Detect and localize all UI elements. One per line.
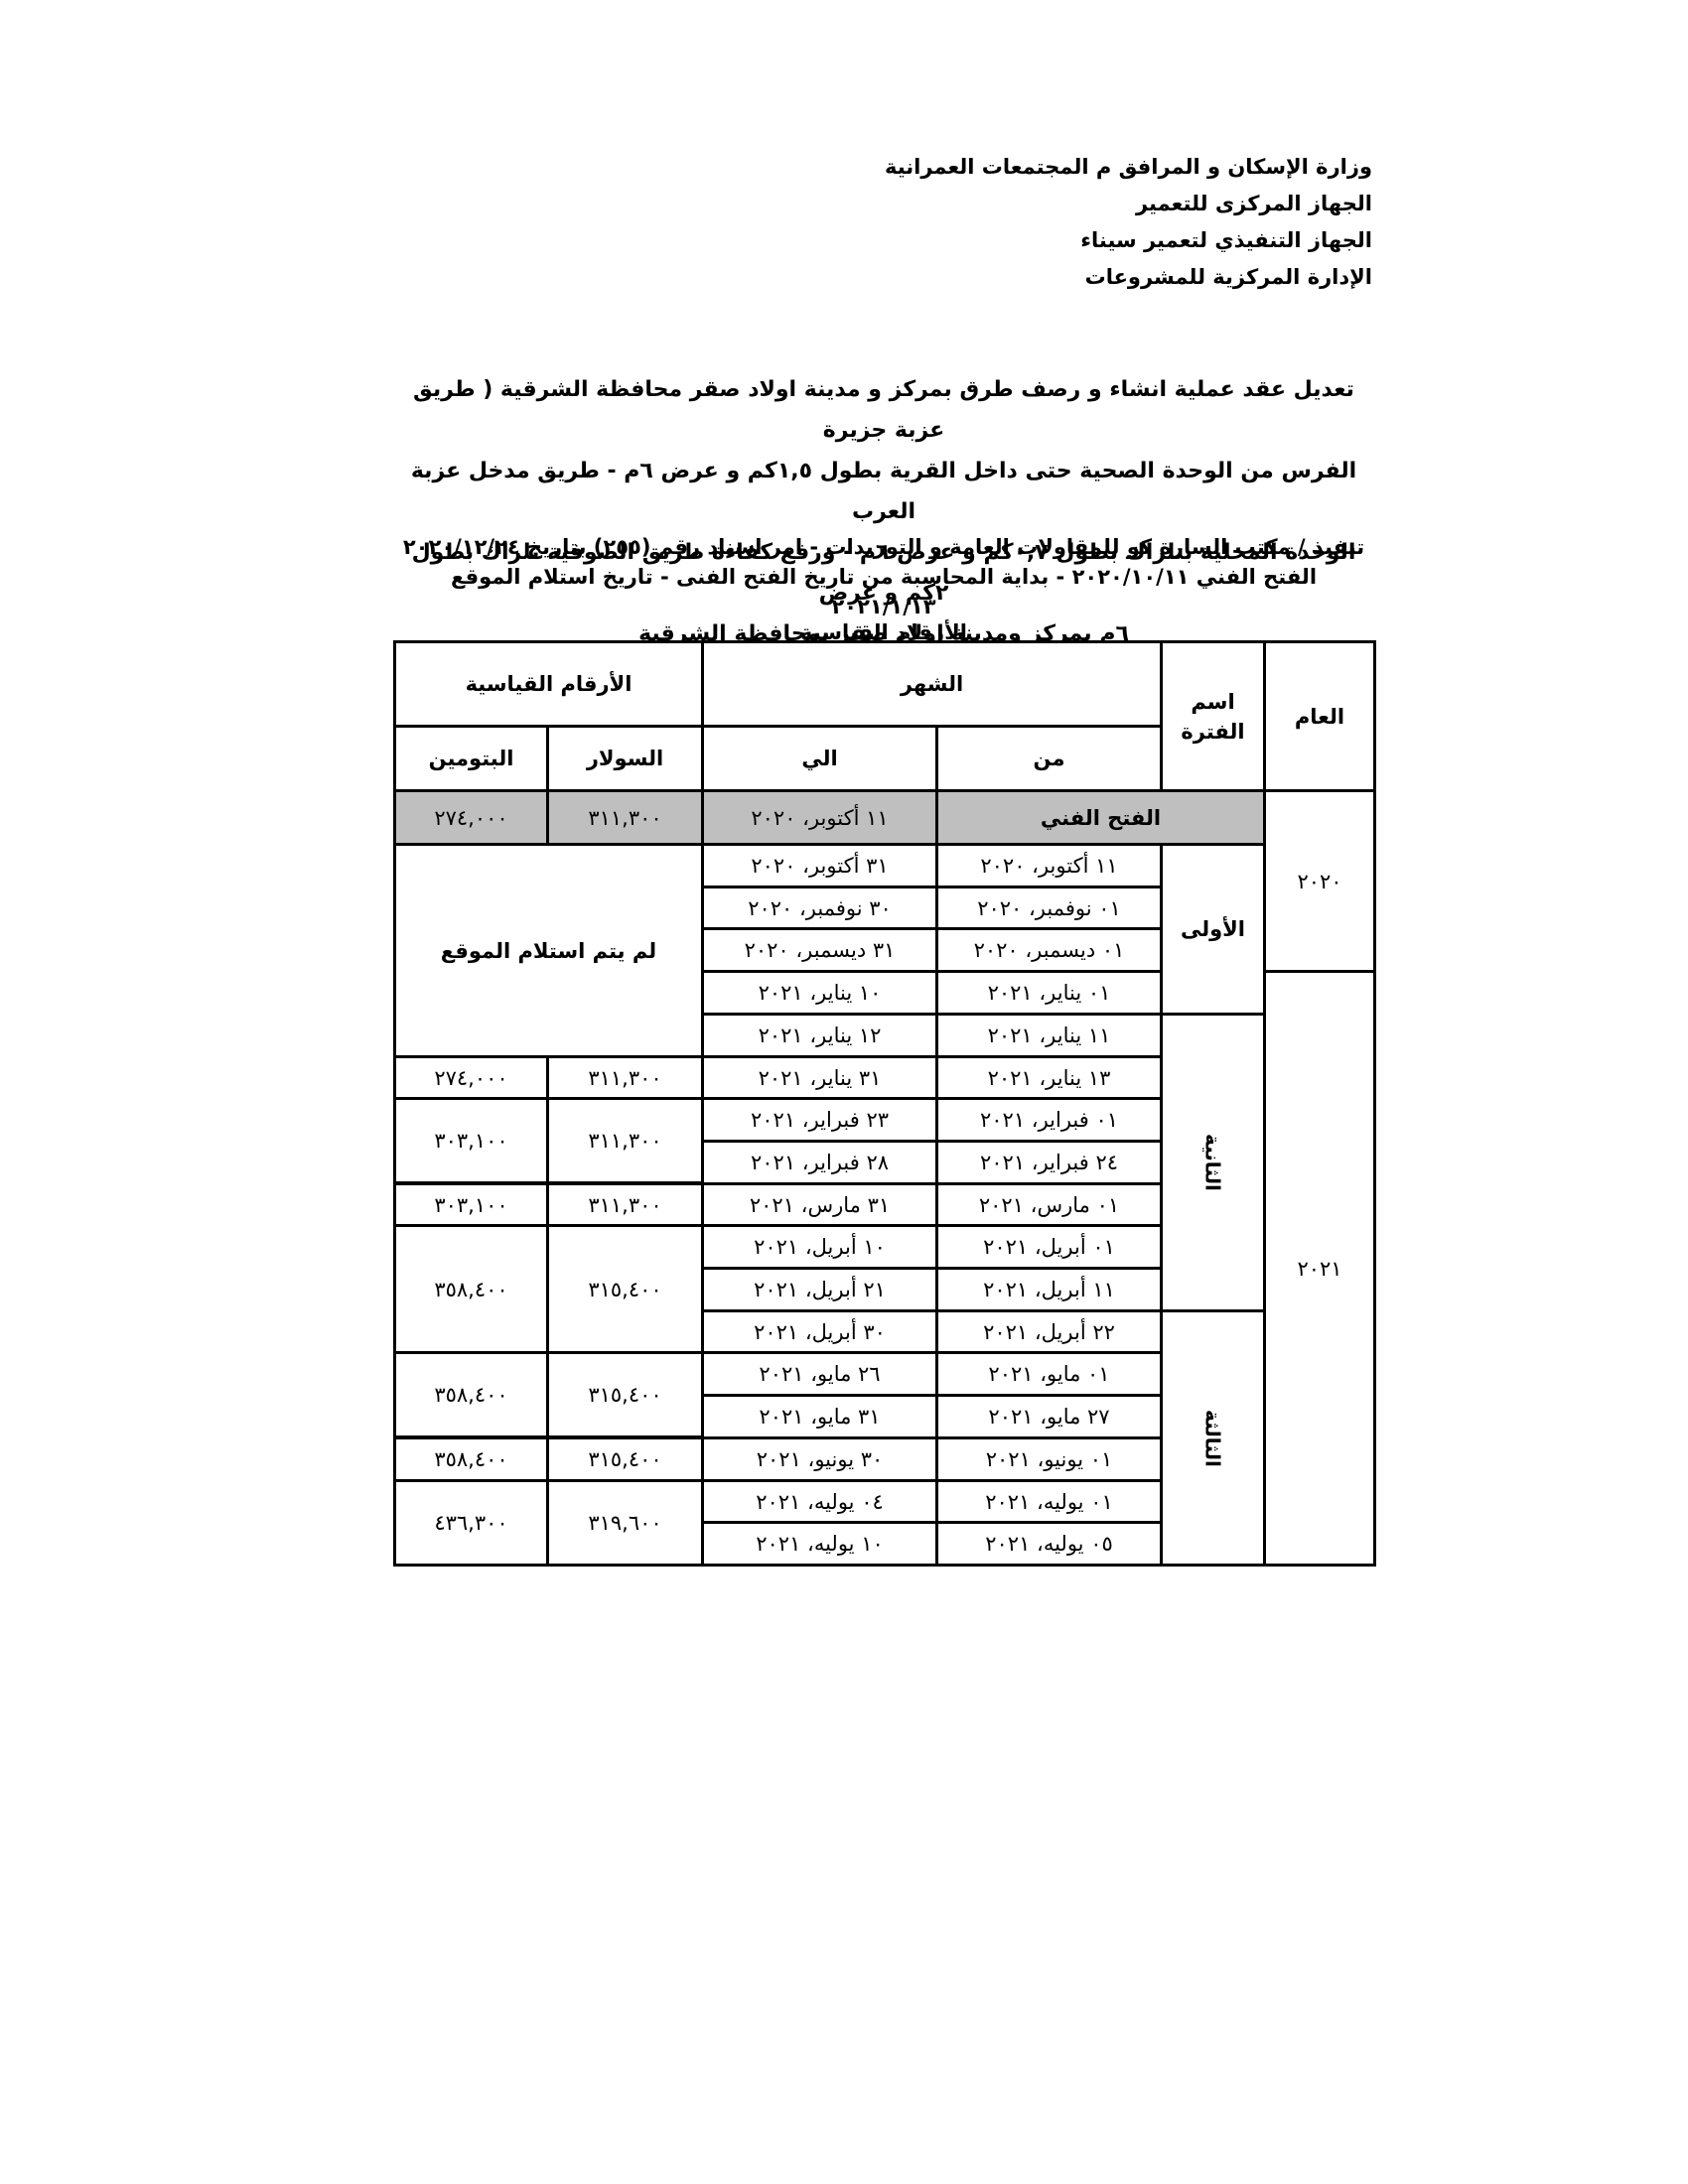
header-year-label: العام bbox=[1295, 705, 1344, 729]
opening-row-to: ١١ أكتوبر، ٢٠٢٠ bbox=[701, 789, 938, 846]
bitumen-index-value: ٢٧٤,٠٠٠ bbox=[393, 1055, 549, 1101]
header-from: من bbox=[935, 725, 1163, 792]
row-to-date: ١٠ يناير، ٢٠٢١ bbox=[701, 970, 938, 1016]
bitumen-index-value: ٣٥٨,٤٠٠ bbox=[393, 1436, 549, 1482]
header-diesel: السولار bbox=[546, 725, 704, 792]
row-from-date-text: ٠١ فبراير، ٢٠٢١ bbox=[980, 1108, 1118, 1132]
row-to-date-text: ٣٠ أبريل، ٢٠٢١ bbox=[754, 1320, 886, 1344]
year-cell: ٢٠٢٠ bbox=[1263, 789, 1376, 973]
bitumen-index-value-text: ٣٥٨,٤٠٠ bbox=[434, 1383, 507, 1407]
diesel-index-value-text: ٣١١,٣٠٠ bbox=[588, 1193, 661, 1217]
bitumen-index-value: ٤٣٦,٣٠٠ bbox=[393, 1479, 549, 1567]
bitumen-index-value-text: ٢٧٤,٠٠٠ bbox=[434, 1066, 507, 1090]
row-to-date: ٣١ مارس، ٢٠٢١ bbox=[701, 1182, 938, 1228]
year-cell: ٢٠٢١ bbox=[1263, 970, 1376, 1567]
row-from-date: ٠١ يوليه، ٢٠٢١ bbox=[935, 1479, 1163, 1525]
row-to-date-text: ٢٦ مايو، ٢٠٢١ bbox=[759, 1362, 880, 1386]
row-from-date-text: ١١ يناير، ٢٠٢١ bbox=[988, 1024, 1111, 1047]
row-to-date: ٢٦ مايو، ٢٠٢١ bbox=[701, 1351, 938, 1397]
header-month: الشهر bbox=[701, 640, 1163, 728]
row-to-date-text: ٣١ يناير، ٢٠٢١ bbox=[759, 1066, 882, 1090]
period-name-text: الأولى bbox=[1181, 917, 1245, 941]
diesel-index-value: ٣١٥,٤٠٠ bbox=[546, 1224, 704, 1354]
row-to-date: ٣١ يناير، ٢٠٢١ bbox=[701, 1055, 938, 1101]
row-to-date: ٠٤ يوليه، ٢٠٢١ bbox=[701, 1479, 938, 1525]
row-from-date: ١١ أكتوبر، ٢٠٢٠ bbox=[935, 843, 1163, 888]
row-from-date: ١١ يناير، ٢٠٢١ bbox=[935, 1013, 1163, 1058]
title-line: تعديل عقد عملية انشاء و رصف طرق بمركز و … bbox=[407, 369, 1360, 451]
row-to-date-text: ١٠ يناير، ٢٠٢١ bbox=[759, 981, 882, 1005]
header-diesel-label: السولار bbox=[587, 747, 663, 770]
bitumen-index-value: ٣٠٣,١٠٠ bbox=[393, 1182, 549, 1228]
diesel-index-value: ٣١١,٣٠٠ bbox=[546, 1182, 704, 1228]
period-name-text: الثالثة bbox=[1201, 1410, 1225, 1467]
row-from-date-text: ٠١ ديسمبر، ٢٠٢٠ bbox=[974, 938, 1125, 962]
bitumen-index-value: ٣٥٨,٤٠٠ bbox=[393, 1351, 549, 1438]
opening-to-date: ١١ أكتوبر، ٢٠٢٠ bbox=[751, 806, 888, 830]
row-to-date: ١٢ يناير، ٢٠٢١ bbox=[701, 1013, 938, 1058]
price-indices-table: العام اسم الفترة الشهر الأرقام القياسية … bbox=[393, 640, 1376, 1567]
row-from-date: ٠١ مايو، ٢٠٢١ bbox=[935, 1351, 1163, 1397]
bitumen-index-value-text: ٤٣٦,٣٠٠ bbox=[434, 1511, 507, 1535]
org-line-projects-admin: الإدارة المركزية للمشروعات bbox=[776, 259, 1372, 296]
org-line-central-agency: الجهاز المركزى للتعمير bbox=[776, 186, 1372, 222]
row-from-date-text: ٠١ مارس، ٢٠٢١ bbox=[979, 1193, 1119, 1217]
period-name: الأولى bbox=[1160, 843, 1266, 1016]
row-from-date-text: ٠١ نوفمبر، ٢٠٢٠ bbox=[977, 896, 1121, 920]
row-to-date-text: ١٠ أبريل، ٢٠٢١ bbox=[754, 1235, 886, 1259]
opening-row-label: الفتح الفني bbox=[935, 789, 1266, 846]
row-to-date: ٣١ ديسمبر، ٢٠٢٠ bbox=[701, 927, 938, 973]
row-from-date-text: ٢٢ أبريل، ٢٠٢١ bbox=[983, 1320, 1115, 1344]
year-cell-text: ٢٠٢١ bbox=[1297, 1257, 1341, 1281]
row-from-date: ٠١ نوفمبر، ٢٠٢٠ bbox=[935, 886, 1163, 931]
row-from-date: ٠١ يناير، ٢٠٢١ bbox=[935, 970, 1163, 1016]
site-not-received-note-text: لم يتم استلام الموقع bbox=[441, 939, 656, 963]
bitumen-index-value-text: ٣٠٣,١٠٠ bbox=[434, 1129, 507, 1153]
row-from-date: ٢٧ مايو، ٢٠٢١ bbox=[935, 1394, 1163, 1439]
opening-label: الفتح الفني bbox=[1041, 806, 1161, 830]
row-to-date: ٣١ مايو، ٢٠٢١ bbox=[701, 1394, 938, 1439]
row-from-date-text: ٢٧ مايو، ٢٠٢١ bbox=[988, 1405, 1109, 1429]
row-from-date-text: ٠٥ يوليه، ٢٠٢١ bbox=[985, 1532, 1113, 1556]
row-from-date-text: ٠١ يوليه، ٢٠٢١ bbox=[985, 1490, 1113, 1514]
diesel-index-value-text: ٣١٩,٦٠٠ bbox=[588, 1511, 661, 1535]
row-to-date: ٢٣ فبراير، ٢٠٢١ bbox=[701, 1097, 938, 1143]
row-from-date: ٠١ يونيو، ٢٠٢١ bbox=[935, 1436, 1163, 1482]
opening-dates-line: الفتح الفني ٢٠٢٠/١٠/١١ - بداية المحاسبة … bbox=[402, 562, 1365, 621]
row-to-date: ١٠ يوليه، ٢٠٢١ bbox=[701, 1521, 938, 1567]
header-to-label: الي bbox=[801, 747, 837, 770]
row-from-date: ١١ أبريل، ٢٠٢١ bbox=[935, 1267, 1163, 1312]
period-name: الثانية bbox=[1160, 1013, 1266, 1312]
bitumen-index-value-text: ٣٥٨,٤٠٠ bbox=[434, 1278, 507, 1301]
header-indices-label: الأرقام القياسية bbox=[466, 672, 633, 696]
diesel-index-value-text: ٣١٥,٤٠٠ bbox=[588, 1383, 661, 1407]
row-from-date: ٢٢ أبريل، ٢٠٢١ bbox=[935, 1309, 1163, 1355]
row-from-date-text: ٠١ أبريل، ٢٠٢١ bbox=[983, 1235, 1115, 1259]
diesel-index-value: ٣١١,٣٠٠ bbox=[546, 1055, 704, 1101]
row-from-date: ٠١ فبراير، ٢٠٢١ bbox=[935, 1097, 1163, 1143]
row-to-date: ٢١ أبريل، ٢٠٢١ bbox=[701, 1267, 938, 1312]
period-name-text: الثانية bbox=[1201, 1134, 1225, 1191]
row-to-date: ٢٨ فبراير، ٢٠٢١ bbox=[701, 1140, 938, 1185]
row-to-date: ٣١ أكتوبر، ٢٠٢٠ bbox=[701, 843, 938, 888]
row-from-date-text: ٠١ يونيو، ٢٠٢١ bbox=[986, 1447, 1113, 1471]
row-to-date-text: ٣١ ديسمبر، ٢٠٢٠ bbox=[745, 938, 896, 962]
row-to-date-text: ١٠ يوليه، ٢٠٢١ bbox=[756, 1532, 884, 1556]
org-line-ministry: وزارة الإسكان و المرافق م المجتمعات العم… bbox=[776, 149, 1372, 186]
row-to-date-text: ٣٠ نوفمبر، ٢٠٢٠ bbox=[748, 896, 892, 920]
diesel-index-value-text: ٣١٥,٤٠٠ bbox=[588, 1447, 661, 1471]
contractor-line: تنفيذ / مكتب السارة كو للمقاولات العامة … bbox=[402, 532, 1365, 562]
row-from-date-text: ٠١ مايو، ٢٠٢١ bbox=[988, 1362, 1109, 1386]
year-cell-text: ٢٠٢٠ bbox=[1297, 870, 1341, 893]
row-to-date: ٣٠ أبريل، ٢٠٢١ bbox=[701, 1309, 938, 1355]
diesel-index-value: ٣١٩,٦٠٠ bbox=[546, 1479, 704, 1567]
header-month-label: الشهر bbox=[901, 672, 963, 696]
bitumen-index-value-text: ٣٠٣,١٠٠ bbox=[434, 1193, 507, 1217]
header-bitumen: البتومين bbox=[393, 725, 549, 792]
header-to: الي bbox=[701, 725, 938, 792]
row-to-date-text: ٢١ أبريل، ٢٠٢١ bbox=[754, 1278, 886, 1301]
header-bitumen-label: البتومين bbox=[429, 747, 514, 770]
row-to-date-text: ١٢ يناير، ٢٠٢١ bbox=[759, 1024, 882, 1047]
header-period-name: اسم الفترة bbox=[1160, 640, 1266, 792]
diesel-index-value: ٣١١,٣٠٠ bbox=[546, 1097, 704, 1184]
row-from-date-text: ١٣ يناير، ٢٠٢١ bbox=[988, 1066, 1111, 1090]
row-from-date-text: ١١ أبريل، ٢٠٢١ bbox=[983, 1278, 1115, 1301]
title-line: الفرس من الوحدة الصحية حتى داخل القرية ب… bbox=[407, 451, 1360, 532]
opening-row-bitumen: ٢٧٤,٠٠٠ bbox=[393, 789, 549, 846]
row-to-date-text: ٢٣ فبراير، ٢٠٢١ bbox=[751, 1108, 889, 1132]
row-to-date-text: ٠٤ يوليه، ٢٠٢١ bbox=[756, 1490, 884, 1514]
diesel-index-value-text: ٣١١,٣٠٠ bbox=[588, 1066, 661, 1090]
row-to-date-text: ٣٠ يونيو، ٢٠٢١ bbox=[757, 1447, 884, 1471]
row-from-date: ٠٥ يوليه، ٢٠٢١ bbox=[935, 1521, 1163, 1567]
diesel-index-value-text: ٣١٥,٤٠٠ bbox=[588, 1278, 661, 1301]
bitumen-index-value: ٣٥٨,٤٠٠ bbox=[393, 1224, 549, 1354]
row-to-date: ٣٠ نوفمبر، ٢٠٢٠ bbox=[701, 886, 938, 931]
diesel-index-value-text: ٣١١,٣٠٠ bbox=[588, 1129, 661, 1153]
row-to-date: ٣٠ يونيو، ٢٠٢١ bbox=[701, 1436, 938, 1482]
row-from-date-text: ١١ أكتوبر، ٢٠٢٠ bbox=[980, 854, 1117, 878]
row-from-date-text: ٢٤ فبراير، ٢٠٢١ bbox=[980, 1151, 1118, 1174]
opening-row-diesel: ٣١١,٣٠٠ bbox=[546, 789, 704, 846]
header-period-name-line2: الفترة bbox=[1181, 717, 1244, 747]
row-from-date-text: ٠١ يناير، ٢٠٢١ bbox=[988, 981, 1111, 1005]
bitumen-index-value-text: ٣٥٨,٤٠٠ bbox=[434, 1447, 507, 1471]
period-name: الثالثة bbox=[1160, 1309, 1266, 1567]
header-from-label: من bbox=[1034, 747, 1065, 770]
header-indices: الأرقام القياسية bbox=[393, 640, 704, 728]
row-to-date-text: ٢٨ فبراير، ٢٠٢١ bbox=[751, 1151, 889, 1174]
execution-info: تنفيذ / مكتب السارة كو للمقاولات العامة … bbox=[402, 532, 1365, 643]
header-period-name-line1: اسم bbox=[1191, 687, 1234, 717]
organization-header: وزارة الإسكان و المرافق م المجتمعات العم… bbox=[776, 149, 1372, 296]
row-to-date: ١٠ أبريل، ٢٠٢١ bbox=[701, 1224, 938, 1270]
opening-diesel-value: ٣١١,٣٠٠ bbox=[588, 806, 661, 830]
bitumen-index-value: ٣٠٣,١٠٠ bbox=[393, 1097, 549, 1184]
site-not-received-note: لم يتم استلام الموقع bbox=[393, 843, 704, 1058]
row-to-date-text: ٣١ مايو، ٢٠٢١ bbox=[759, 1405, 880, 1429]
row-from-date: ١٣ يناير، ٢٠٢١ bbox=[935, 1055, 1163, 1101]
org-line-sinai-agency: الجهاز التنفيذي لتعمير سيناء bbox=[776, 222, 1372, 259]
row-to-date-text: ٣١ أكتوبر، ٢٠٢٠ bbox=[751, 854, 888, 878]
diesel-index-value: ٣١٥,٤٠٠ bbox=[546, 1351, 704, 1438]
header-year: العام bbox=[1263, 640, 1376, 792]
row-from-date: ٠١ أبريل، ٢٠٢١ bbox=[935, 1224, 1163, 1270]
row-from-date: ٠١ ديسمبر، ٢٠٢٠ bbox=[935, 927, 1163, 973]
diesel-index-value: ٣١٥,٤٠٠ bbox=[546, 1436, 704, 1482]
opening-bitumen-value: ٢٧٤,٠٠٠ bbox=[434, 806, 507, 830]
row-from-date: ٠١ مارس، ٢٠٢١ bbox=[935, 1182, 1163, 1228]
row-from-date: ٢٤ فبراير، ٢٠٢١ bbox=[935, 1140, 1163, 1185]
row-to-date-text: ٣١ مارس، ٢٠٢١ bbox=[750, 1193, 890, 1217]
